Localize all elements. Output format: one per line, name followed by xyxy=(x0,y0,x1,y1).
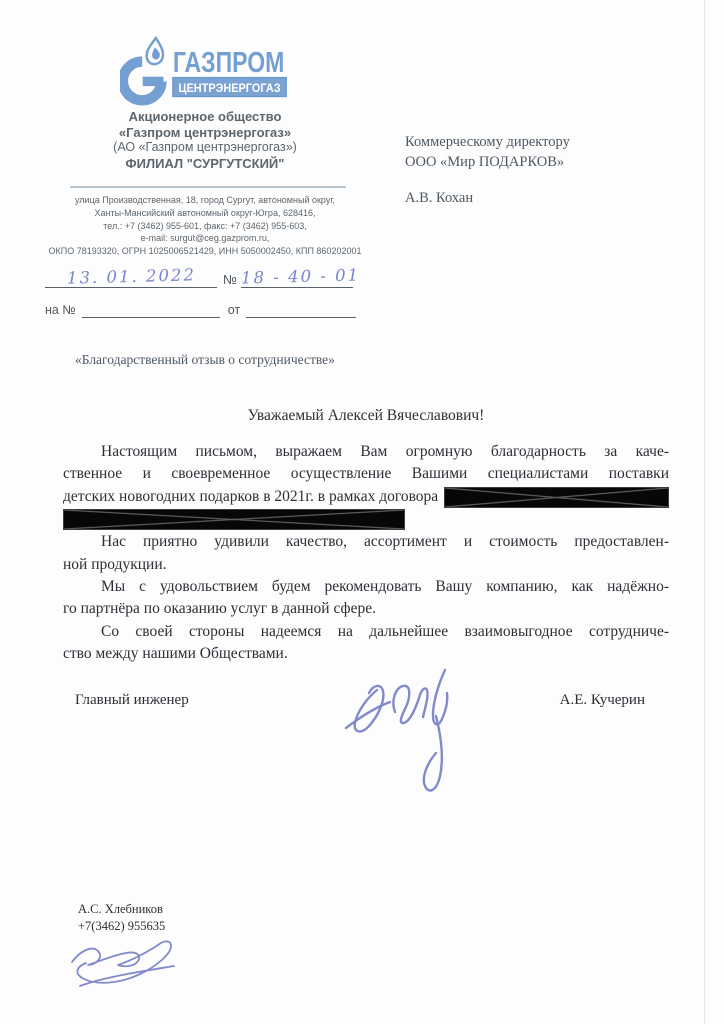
recipient-line: ООО «Мир ПОДАРКОВ» xyxy=(405,153,570,173)
reference-block: 13. 01. 2022 № 18 - 40 - 01 на № от xyxy=(45,258,357,318)
signer-position: Главный инженер xyxy=(75,692,189,709)
org-line: (АО «Газпром центрэнергогаз») xyxy=(40,140,370,156)
logo-subbrand-text: ЦЕНТРЭНЕРГОГАЗ xyxy=(179,81,281,95)
sender-org-block: Акционерное общество «Газпром центрэнерг… xyxy=(40,109,370,171)
letter-page: ГАЗПРОМ ЦЕНТРЭНЕРГОГАЗ Акционерное общес… xyxy=(0,0,724,1024)
body-paragraph-2: Нас приятно удивили качество, ассортимен… xyxy=(63,531,669,576)
signature-main xyxy=(333,658,458,798)
body-line-text: детских новогодних подарков в 2021г. в р… xyxy=(63,486,438,508)
org-line: ФИЛИАЛ "СУРГУТСКИЙ" xyxy=(40,156,370,172)
body-line: го партнёра по оказанию услуг в данной с… xyxy=(63,598,669,620)
executor-name: А.С. Хлебников xyxy=(78,901,165,918)
body-paragraph-3: Мы с удовольствием будем рекомендовать В… xyxy=(63,576,669,621)
handwritten-number: 18 - 40 - 01 xyxy=(241,265,361,287)
org-line: Акционерное общество xyxy=(40,109,370,125)
handwritten-date: 13. 01. 2022 xyxy=(66,265,195,287)
g-emblem-icon xyxy=(123,62,164,101)
address-line: e-mail: surgut@ceg.gazprom.ru, xyxy=(34,232,376,245)
subject-line: «Благодарственный отзыв о сотрудничестве… xyxy=(75,352,335,368)
gazprom-logo: ГАЗПРОМ ЦЕНТРЭНЕРГОГАЗ xyxy=(120,36,290,106)
address-line: улица Производственная, 18, город Сургут… xyxy=(34,194,376,207)
logo-brand-text: ГАЗПРОМ xyxy=(173,47,284,79)
salutation: Уважаемый Алексей Вячеславович! xyxy=(63,407,669,425)
body-paragraph-1: Настоящим письмом, выражаем Вам огромную… xyxy=(63,441,669,508)
number-field: 18 - 40 - 01 xyxy=(241,267,353,288)
redaction-box-1 xyxy=(444,487,669,508)
body-line: ной продукции. xyxy=(63,554,669,576)
body-line: ственное и своевременное осуществление В… xyxy=(63,463,669,485)
recipient-block: Коммерческому директору ООО «Мир ПОДАРКО… xyxy=(405,133,570,209)
recipient-name: А.В. Кохан xyxy=(405,189,570,209)
address-line: ОКПО 78193320, ОГРН 1025006521429, ИНН 5… xyxy=(34,245,376,258)
from-label: от xyxy=(220,303,246,318)
signer-name: А.Е. Кучерин xyxy=(560,692,645,709)
body-line: Настоящим письмом, выражаем Вам огромную… xyxy=(63,441,669,463)
address-line: тел.: +7 (3462) 955-601, факс: +7 (3462)… xyxy=(34,220,376,233)
org-line: «Газпром центрэнергогаз» xyxy=(40,125,370,141)
body-line: Мы с удовольствием будем рекомендовать В… xyxy=(63,576,669,598)
letterhead-divider xyxy=(70,186,346,188)
letter-body: Настоящим письмом, выражаем Вам огромную… xyxy=(63,441,669,666)
letterhead: ГАЗПРОМ ЦЕНТРЭНЕРГОГАЗ xyxy=(40,36,370,111)
address-line: Ханты-Мансийский автономный округ-Югра, … xyxy=(34,207,376,220)
reply-to-label: на № xyxy=(45,303,82,318)
recipient-line: Коммерческому директору xyxy=(405,133,570,153)
from-date-field xyxy=(246,317,356,318)
signature-small xyxy=(52,926,192,998)
body-line: детских новогодних подарков в 2021г. в р… xyxy=(63,486,669,508)
scan-artifact-line xyxy=(704,0,705,1024)
number-label: № xyxy=(217,272,241,288)
date-field: 13. 01. 2022 xyxy=(45,267,217,288)
reply-number-field xyxy=(82,317,220,318)
sender-address-block: улица Производственная, 18, город Сургут… xyxy=(34,194,376,258)
redaction-box-2 xyxy=(63,509,405,530)
body-line: Со своей стороны надеемся на дальнейшее … xyxy=(63,621,669,643)
flame-icon xyxy=(147,38,163,64)
body-line: Нас приятно удивили качество, ассортимен… xyxy=(63,531,669,553)
